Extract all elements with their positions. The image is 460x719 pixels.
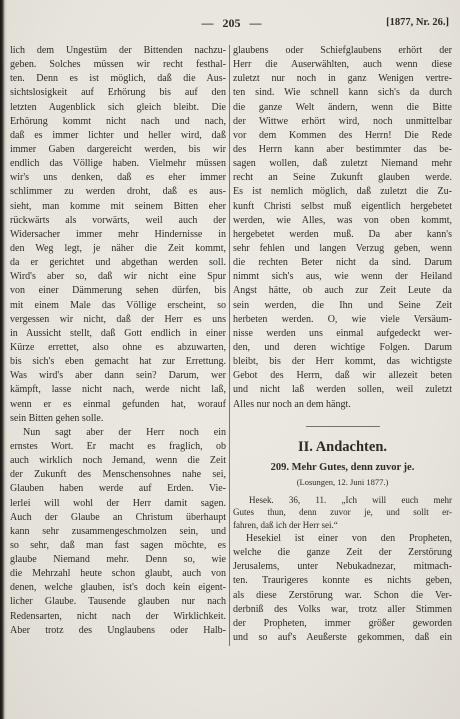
issue-reference: [1877, Nr. 26.]: [386, 17, 449, 28]
text-line: Wird's aber so, daß wir nicht eine Spur: [10, 270, 226, 284]
text-line: letzten Augenblick sich gleich bleibt. D…: [10, 101, 226, 115]
text-line: glaubens oder Schiefglaubens erhört der: [233, 44, 452, 58]
text-line: in Aussicht stellt, daß Gott endlich in …: [10, 327, 226, 341]
text-line: sein Bitten gehen solle.: [10, 412, 226, 426]
page-header: —205— [1877, Nr. 26.]: [10, 16, 453, 32]
text-line: Gebot des Herrn, daß wir allezeit beten: [233, 369, 452, 383]
text-line: und nicht laß werden sollen, weil zuletz…: [233, 383, 452, 397]
scripture-quote: Hesek. 36, 11. „Ich will euch mehrGutes …: [233, 494, 452, 532]
text-line: ten. Traurigeres konnte es nichts geben,: [233, 574, 452, 588]
text-line: welche die ganze Zeit der Zerstörung: [233, 546, 452, 560]
text-line: Hesek. 36, 11. „Ich will euch mehr: [233, 494, 452, 507]
right-column: glaubens oder Schiefglaubens erhört derH…: [233, 44, 452, 646]
text-line: kunft Christi selbst muß eigentlich herg…: [233, 200, 452, 214]
text-line: sehr fehlen und langen Verzug geben, wen…: [233, 242, 452, 256]
page-content: lich dem Ungestüm der Bittenden nachzu-g…: [10, 44, 453, 646]
text-line: der Propheten, immer größer geworden: [233, 617, 452, 631]
article-heading: 209. Mehr Gutes, denn zuvor je.: [233, 462, 452, 473]
text-line: da er gerichtet und abgethan werden soll…: [10, 256, 226, 270]
text-line: wir's uns denken, daß es eher immer: [10, 171, 226, 185]
paragraph: Hesekiel ist einer von den Propheten,wel…: [233, 532, 452, 645]
paragraph: lich dem Ungestüm der Bittenden nachzu-g…: [10, 44, 226, 426]
text-line: des Herrn kann aber bestimmter das be-: [233, 143, 452, 157]
text-line: herbeten werden. O, wie viele Versäum-: [233, 313, 452, 327]
text-line: vergessen wir nicht, daß der Herr es uns: [10, 313, 226, 327]
text-line: Kürze errettet, also ohne es abzuwarten,: [10, 341, 226, 355]
column-divider-rule: [229, 45, 230, 646]
text-line: derbniß des Volks war, trotz aller Stimm…: [233, 603, 452, 617]
text-line: sein werden, die Ihn und Seine Zeit: [233, 299, 452, 313]
dash-left: —: [202, 16, 214, 30]
text-line: immer Gaben dargereicht werden, bis wir: [10, 143, 226, 157]
text-line: Alles nur noch an dem hängt.: [233, 398, 452, 412]
text-line: bis sich's eben gemacht hat zur Errettun…: [10, 355, 226, 369]
text-line: der Wittwe erhört wird, noch unmittelbar: [233, 115, 452, 129]
text-line: licher Glaube. Tausende glauben nur nach: [10, 595, 226, 609]
text-line: glaube Niemand mehr. Denn so, wie: [10, 553, 226, 567]
text-line: Jerusalems, unter Nebukadnezar, mitmach-: [233, 560, 452, 574]
text-line: die Mehrzahl heute schon glaubt, auch vo…: [10, 567, 226, 581]
text-line: lich dem Ungestüm der Bittenden nachzu-: [10, 44, 226, 58]
text-line: nisse werden uns einmal aufgedeckt wer-: [233, 327, 452, 341]
scan-edge-shadow: [0, 0, 7, 719]
text-line: den Weg legt, je näher die Zeit kommt,: [10, 242, 226, 256]
text-line: daß es immer lichter und heller wird, da…: [10, 129, 226, 143]
text-line: endlich das Völlige haben. Vielmehr müss…: [10, 157, 226, 171]
text-line: rückwärts als vorwärts, weil auch der: [10, 214, 226, 228]
text-line: vor dem Kommen des Herrn! Die Rede: [233, 129, 452, 143]
text-line: ernstes Wort. Er macht es fraglich, ob: [10, 440, 226, 454]
text-line: und so auf's Aeußerste gekommen, daß ein: [233, 631, 452, 645]
section-heading: II. Andachten.: [233, 439, 452, 456]
text-line: Herr die Auserwählten, auch wenn diese: [233, 58, 452, 72]
date-line: (Losungen, 12. Juni 1877.): [233, 477, 452, 487]
text-line: von einer Dämmerung sehen dürfen, bis: [10, 284, 226, 298]
text-line: Redensarten, nicht nach der Wirklichkeit…: [10, 610, 226, 624]
text-line: ten. Denn es ist möglich, daß die Aus-: [10, 72, 226, 86]
text-line: kämpft, lasse nicht nach, werde nicht la…: [10, 383, 226, 397]
text-line: denen, welche glauben, ist's doch kein e…: [10, 581, 226, 595]
text-line: Angst hätte, ob auch zur Zeit Leute da: [233, 284, 452, 298]
text-line: hergebetet werden muß. Da aber kann's: [233, 228, 452, 242]
text-line: Hesekiel ist einer von den Propheten,: [233, 532, 452, 546]
paragraph: glaubens oder Schiefglaubens erhört derH…: [233, 44, 452, 412]
text-line: geben. Solches müssen wir recht festhal-: [10, 58, 226, 72]
text-line: nimmt sich's aus, wie wenn der Heiland: [233, 270, 452, 284]
text-line: wenn er es einmal gefunden hat, worauf: [10, 398, 226, 412]
text-line: Es ist nemlich möglich, daß zuletzt die …: [233, 185, 452, 199]
text-line: fahren, daß ich der Herr sei.“: [233, 519, 452, 532]
text-line: als diese Zerstörung war. Schon die Ver-: [233, 589, 452, 603]
text-line: der Zukunft des Menschensohnes nahe sei,: [10, 468, 226, 482]
text-line: Auch der Glaube an Christum überhaupt: [10, 511, 226, 525]
scanned-page: —205— [1877, Nr. 26.] lich dem Ungestüm …: [0, 0, 460, 719]
text-line: Aber trotz des Unglaubens oder Halb-: [10, 624, 226, 638]
text-line: ten sind. Wie schnell kann sich's da dur…: [233, 86, 452, 100]
text-line: Glauben haben werde auf Erden. Vie-: [10, 482, 226, 496]
text-line: Nun sagt aber der Herr noch ein: [10, 426, 226, 440]
dash-right: —: [250, 16, 262, 30]
left-column: lich dem Ungestüm der Bittenden nachzu-g…: [10, 44, 226, 646]
text-line: Gutes thun, denn zuvor je, und sollt er-: [233, 506, 452, 519]
text-line: auch wirklich noch Jemand, wenn die Zeit: [10, 454, 226, 468]
text-line: zuletzt nur noch in ganz Wenigen vertre-: [233, 72, 452, 86]
text-line: die ganze Welt ändern, wenn die Bitte: [233, 101, 452, 115]
text-line: sieht, man komme mit seinem Bitten eher: [10, 200, 226, 214]
text-line: lerlei will wohl der Herr damit sagen.: [10, 497, 226, 511]
text-line: den, und deren wichtige Folgen. Darum: [233, 341, 452, 355]
text-line: schlimmer zu werden droht, daß es aus-: [10, 185, 226, 199]
page-number-value: 205: [223, 16, 241, 30]
text-line: kann sehr zusammengeschmolzen sein, und: [10, 525, 226, 539]
text-line: die rechten Beter nicht da sind. Darum: [233, 256, 452, 270]
text-line: Erhörung kommt nicht nach und nach,: [10, 115, 226, 129]
text-line: mit einem Male das Völlige erscheint, so: [10, 299, 226, 313]
text-line: Was wird's aber dann sein? Darum, wer: [10, 369, 226, 383]
text-line: recht an Seine Zukunft glauben werde.: [233, 171, 452, 185]
section-divider: [306, 426, 380, 427]
text-line: Widersacher immer mehr Hindernisse in: [10, 228, 226, 242]
text-line: sichtslosigkeit auf Erhörung bis auf den: [10, 86, 226, 100]
text-line: bleibt, bis der Herr kommt, das wichtigs…: [233, 355, 452, 369]
text-line: sagen wollen, daß zuletzt Niemand mehr: [233, 157, 452, 171]
paragraph: Nun sagt aber der Herr noch einernstes W…: [10, 426, 226, 638]
text-line: werden, wie Alles, was von oben kommt,: [233, 214, 452, 228]
text-line: so sehr, daß man fast sagen möchte, es: [10, 539, 226, 553]
